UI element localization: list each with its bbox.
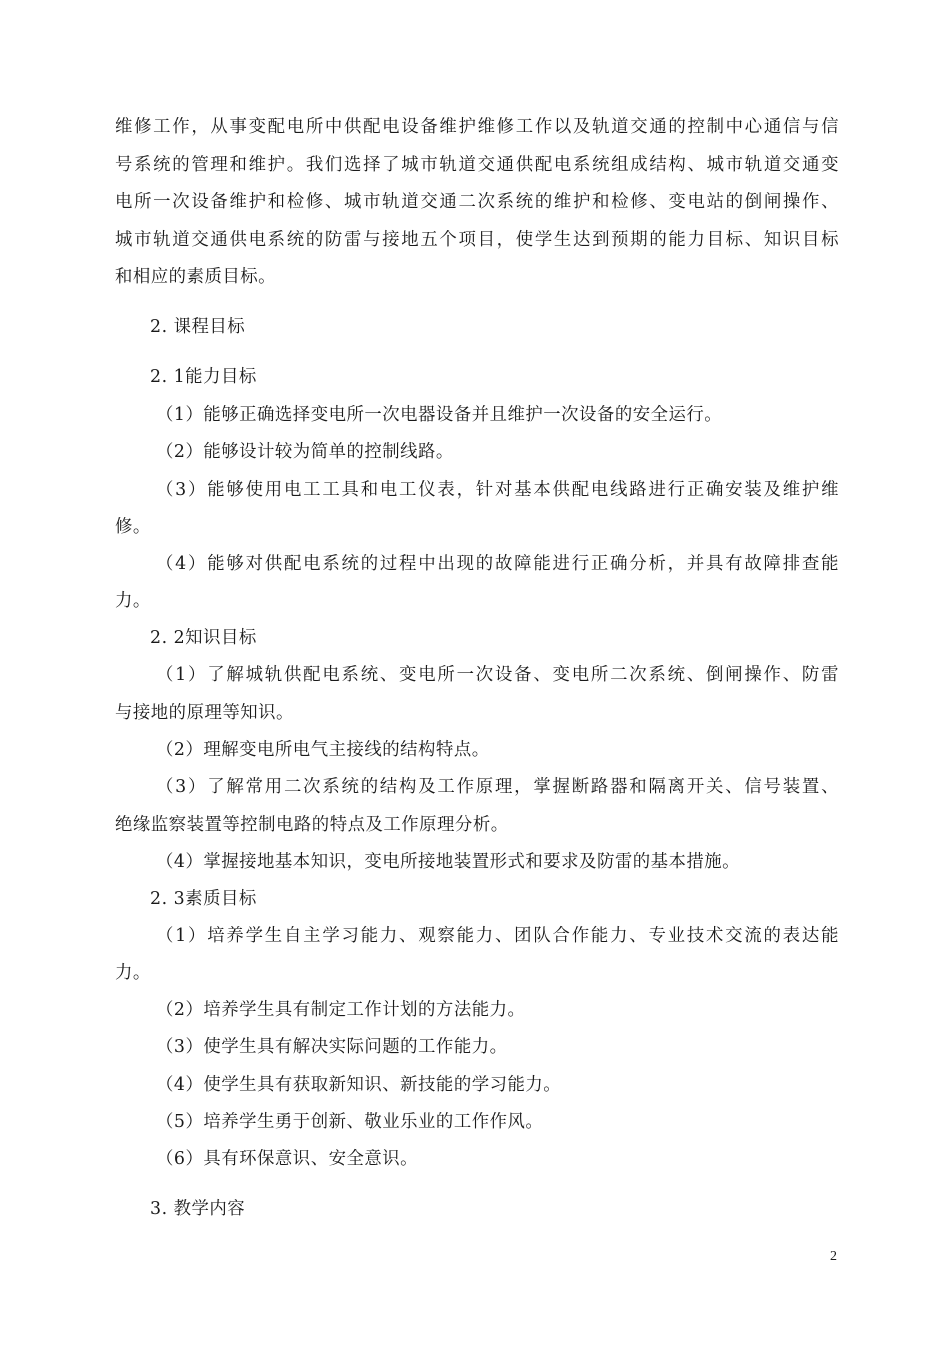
section-heading: 2. 课程目标 bbox=[150, 317, 839, 337]
page-number: 2 bbox=[830, 1249, 837, 1265]
list-item: （4）掌握接地基本知识，变电所接地装置形式和要求及防雷的基本措施。 bbox=[156, 852, 839, 872]
list-item: （2）能够设计较为简单的控制线路。 bbox=[156, 442, 839, 462]
list-item: （1）培养学生自主学习能力、观察能力、团队合作能力、专业技术交流的表达能 bbox=[156, 926, 839, 946]
list-item: （1）了解城轨供配电系统、变电所一次设备、变电所二次系统、倒闸操作、防雷 bbox=[156, 665, 839, 685]
list-item: （4）使学生具有获取新知识、新技能的学习能力。 bbox=[156, 1075, 839, 1095]
subsection-heading: 2. 1能力目标 bbox=[150, 367, 839, 387]
list-item: （4）能够对供配电系统的过程中出现的故障能进行正确分析，并具有故障排查能 bbox=[156, 554, 839, 574]
intro-line: 维修工作，从事变配电所中供配电设备维护维修工作以及轨道交通的控制中心通信与信 bbox=[115, 117, 839, 137]
intro-line: 号系统的管理和维护。我们选择了城市轨道交通供配电系统组成结构、城市轨道交通变 bbox=[115, 155, 839, 175]
intro-line: 城市轨道交通供电系统的防雷与接地五个项目，使学生达到预期的能力目标、知识目标 bbox=[115, 230, 839, 250]
list-item: （3）了解常用二次系统的结构及工作原理，掌握断路器和隔离开关、信号装置、 bbox=[156, 777, 839, 797]
section-heading: 3. 教学内容 bbox=[150, 1199, 839, 1219]
list-item: （3）使学生具有解决实际问题的工作能力。 bbox=[156, 1037, 839, 1057]
list-item: （2）培养学生具有制定工作计划的方法能力。 bbox=[156, 1000, 839, 1020]
list-item-continuation: 与接地的原理等知识。 bbox=[115, 703, 839, 723]
list-item: （5）培养学生勇于创新、敬业乐业的工作作风。 bbox=[156, 1112, 839, 1132]
list-item-continuation: 力。 bbox=[115, 591, 839, 611]
list-item-continuation: 修。 bbox=[115, 517, 839, 537]
list-item: （6）具有环保意识、安全意识。 bbox=[156, 1149, 839, 1169]
list-item-continuation: 绝缘监察装置等控制电路的特点及工作原理分析。 bbox=[115, 815, 839, 835]
intro-line: 和相应的素质目标。 bbox=[115, 267, 839, 287]
intro-line: 电所一次设备维护和检修、城市轨道交通二次系统的维护和检修、变电站的倒闸操作、 bbox=[115, 192, 839, 212]
subsection-heading: 2. 3素质目标 bbox=[150, 889, 839, 909]
list-item-continuation: 力。 bbox=[115, 963, 839, 983]
list-item: （2）理解变电所电气主接线的结构特点。 bbox=[156, 740, 839, 760]
list-item: （3）能够使用电工工具和电工仪表，针对基本供配电线路进行正确安装及维护维 bbox=[156, 480, 839, 500]
subsection-heading: 2. 2知识目标 bbox=[150, 628, 839, 648]
list-item: （1）能够正确选择变电所一次电器设备并且维护一次设备的安全运行。 bbox=[156, 405, 839, 425]
